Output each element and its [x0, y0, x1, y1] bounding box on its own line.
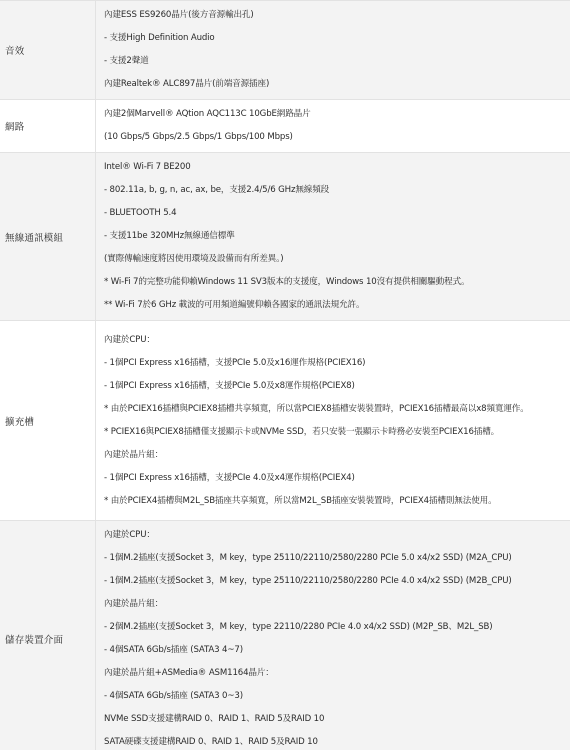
- spec-line: 內建於晶片組：: [104, 444, 562, 467]
- spec-row-wireless: 無線通訊模組 Intel® Wi-Fi 7 BE200 - 802.11a, b…: [0, 153, 570, 321]
- spec-line: - 支援11be 320MHz無線通信標準: [104, 225, 562, 248]
- spec-row-network: 網路 內建2個Marvell® AQtion AQC113C 10GbE網路晶片…: [0, 100, 570, 153]
- spec-line: * PCIEX16與PCIEX8插槽僅支援顯示卡或NVMe SSD，若只安裝一張…: [104, 421, 562, 444]
- spec-line: - 1個M.2插座(支援Socket 3，M key，type 25110/22…: [104, 547, 562, 570]
- spec-line: - 1個M.2插座(支援Socket 3，M key，type 25110/22…: [104, 570, 562, 593]
- spec-line: 內建於CPU：: [104, 329, 562, 352]
- spec-value: 內建ESS ES9260晶片(後方音源輸出孔) - 支援High Definit…: [96, 1, 570, 100]
- spec-line: Intel® Wi-Fi 7 BE200: [104, 156, 562, 179]
- spec-line: - 802.11a, b, g, n, ac, ax, be，支援2.4/5/6…: [104, 179, 562, 202]
- spec-label: 音效: [0, 1, 96, 100]
- spec-line: SATA硬碟支援建構RAID 0、RAID 1、RAID 5及RAID 10: [104, 731, 562, 750]
- spec-table: 音效 內建ESS ES9260晶片(後方音源輸出孔) - 支援High Defi…: [0, 0, 570, 750]
- spec-line: - 4個SATA 6Gb/s插座 (SATA3 4~7): [104, 639, 562, 662]
- spec-line: - 1個PCI Express x16插槽，支援PCIe 5.0及x16運作規格…: [104, 352, 562, 375]
- spec-line: * 由於PCIEX4插槽與M2L_SB插座共享頻寬，所以當M2L_SB插座安裝裝…: [104, 490, 562, 513]
- spec-line: 內建於CPU：: [104, 524, 562, 547]
- spec-line: 內建於晶片組+ASMedia® ASM1164晶片：: [104, 662, 562, 685]
- spec-line: 內建Realtek® ALC897晶片(前端音源插座): [104, 73, 562, 96]
- spec-line: - 4個SATA 6Gb/s插座 (SATA3 0~3): [104, 685, 562, 708]
- spec-row-audio: 音效 內建ESS ES9260晶片(後方音源輸出孔) - 支援High Defi…: [0, 1, 570, 100]
- spec-line: (10 Gbps/5 Gbps/2.5 Gbps/1 Gbps/100 Mbps…: [104, 126, 562, 149]
- spec-line: - BLUETOOTH 5.4: [104, 202, 562, 225]
- spec-line: - 1個PCI Express x16插槽，支援PCIe 4.0及x4運作規格(…: [104, 467, 562, 490]
- spec-row-storage: 儲存裝置介面 內建於CPU： - 1個M.2插座(支援Socket 3，M ke…: [0, 521, 570, 750]
- spec-line: * Wi-Fi 7的完整功能仰賴Windows 11 SV3版本的支援度，Win…: [104, 271, 562, 294]
- spec-value: 內建2個Marvell® AQtion AQC113C 10GbE網路晶片 (1…: [96, 100, 570, 153]
- spec-line: - 2個M.2插座(支援Socket 3，M key，type 22110/22…: [104, 616, 562, 639]
- spec-line: 內建ESS ES9260晶片(後方音源輸出孔): [104, 4, 562, 27]
- spec-row-expansion-slots: 擴充槽 內建於CPU： - 1個PCI Express x16插槽，支援PCIe…: [0, 321, 570, 521]
- spec-line: 內建2個Marvell® AQtion AQC113C 10GbE網路晶片: [104, 103, 562, 126]
- spec-label: 無線通訊模組: [0, 153, 96, 321]
- spec-value: Intel® Wi-Fi 7 BE200 - 802.11a, b, g, n,…: [96, 153, 570, 321]
- spec-label: 儲存裝置介面: [0, 521, 96, 750]
- spec-line: - 支援High Definition Audio: [104, 27, 562, 50]
- spec-line: * 由於PCIEX16插槽與PCIEX8插槽共享頻寬，所以當PCIEX8插槽安裝…: [104, 398, 562, 421]
- spec-line: 內建於晶片組：: [104, 593, 562, 616]
- spec-line: - 支援2聲道: [104, 50, 562, 73]
- spec-line: - 1個PCI Express x16插槽，支援PCIe 5.0及x8運作規格(…: [104, 375, 562, 398]
- spec-value: 內建於CPU： - 1個M.2插座(支援Socket 3，M key，type …: [96, 521, 570, 750]
- spec-line: NVMe SSD支援建構RAID 0、RAID 1、RAID 5及RAID 10: [104, 708, 562, 731]
- spec-line: ** Wi-Fi 7於6 GHz 載波的可用頻道編號仰賴各國家的通訊法規允許。: [104, 294, 562, 317]
- spec-label: 網路: [0, 100, 96, 153]
- spec-line: (實際傳輸速度將因使用環境及設備而有所差異。): [104, 248, 562, 271]
- spec-value: 內建於CPU： - 1個PCI Express x16插槽，支援PCIe 5.0…: [96, 321, 570, 521]
- spec-label: 擴充槽: [0, 321, 96, 521]
